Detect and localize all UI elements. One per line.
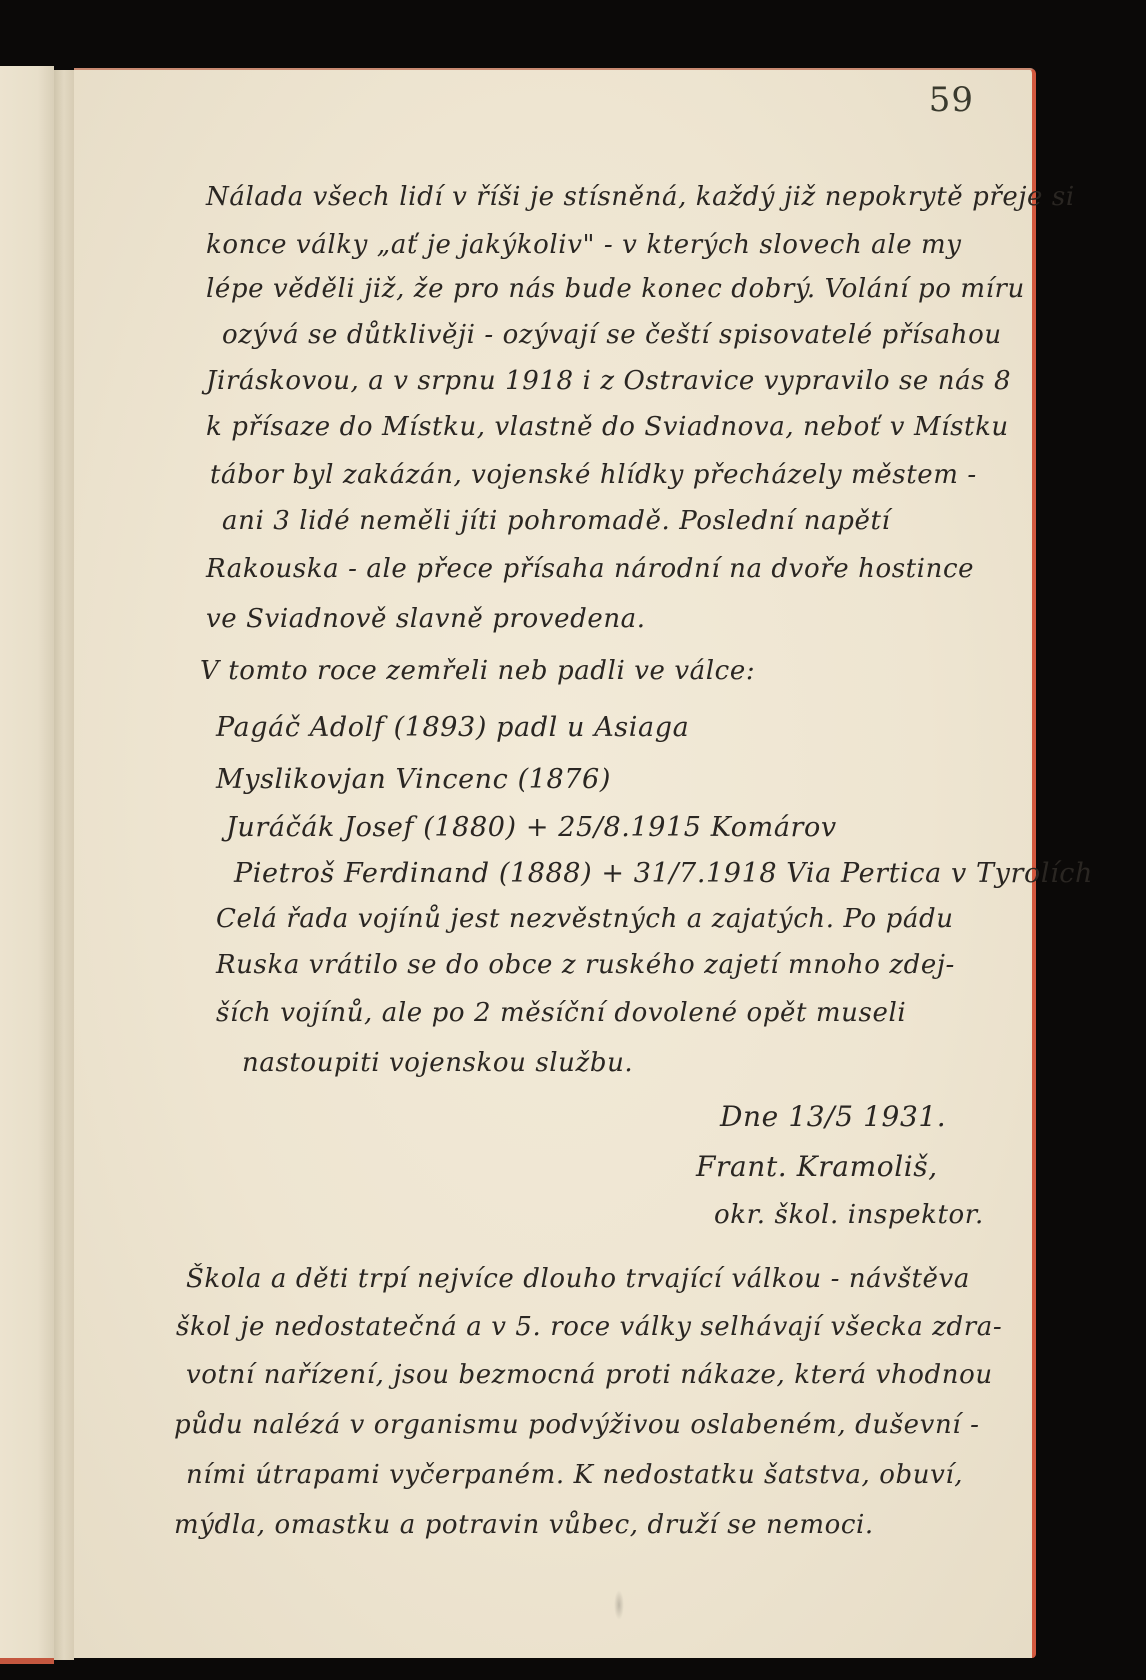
page-number: 59	[929, 80, 974, 120]
text-line: ve Sviadnově slavně provedena.	[206, 604, 646, 634]
casualty-entry: Pietroš Ferdinand (1888) + 31/7.1918 Via…	[234, 858, 1093, 889]
text-line: půdu nalézá v organismu podvýživou oslab…	[174, 1410, 979, 1440]
casualties-heading: V tomto roce zemřeli neb padli ve válce:	[200, 656, 755, 686]
text-line: lépe věděli již, že pro nás bude konec d…	[206, 274, 1025, 304]
text-line: votní nařízení, jsou bezmocná proti náka…	[186, 1360, 993, 1390]
casualty-entry: Juráčák Josef (1880) + 25/8.1915 Komárov	[226, 812, 837, 843]
text-line: konce války „ať je jakýkoliv" - v kterýc…	[206, 230, 962, 260]
casualty-entry: Pagáč Adolf (1893) padl u Asiaga	[216, 712, 689, 743]
text-line: Ruska vrátilo se do obce z ruského zajet…	[216, 950, 955, 980]
text-line: Celá řada vojínů jest nezvěstných a zaja…	[216, 904, 954, 934]
casualty-entry: Myslikovjan Vincenc (1876)	[216, 764, 611, 795]
text-line: ších vojínů, ale po 2 měsíční dovolené o…	[216, 998, 906, 1028]
text-line: Rakouska - ale přece přísaha národní na …	[206, 554, 974, 584]
text-line: ními útrapami vyčerpaném. K nedostatku š…	[186, 1460, 963, 1490]
text-line: ani 3 lidé neměli jíti pohromadě. Posled…	[222, 506, 890, 536]
book-gutter	[54, 70, 74, 1660]
manuscript-page: 59 Nálada všech lidí v říši je stísněná,…	[74, 68, 1036, 1658]
text-line: k přísaze do Místku, vlastně do Sviadnov…	[206, 412, 1009, 442]
text-line: ozývá se důtklivěji - ozývají se čeští s…	[222, 320, 1002, 350]
signature-date: Dne 13/5 1931.	[720, 1100, 946, 1133]
text-line: Škola a děti trpí nejvíce dlouho trvajíc…	[186, 1264, 970, 1294]
text-line: tábor byl zakázán, vojenské hlídky přech…	[210, 460, 977, 490]
left-page-edge	[0, 66, 54, 1664]
text-line: mýdla, omastku a potravin vůbec, druží s…	[174, 1510, 874, 1540]
text-line: nastoupiti vojenskou službu.	[242, 1048, 633, 1078]
text-line: škol je nedostatečná a v 5. roce války s…	[176, 1312, 1002, 1342]
signature-title: okr. škol. inspektor.	[714, 1200, 984, 1230]
text-line: Jiráskovou, a v srpnu 1918 i z Ostravice…	[206, 366, 1011, 396]
text-line: Nálada všech lidí v říši je stísněná, ka…	[206, 182, 1075, 212]
signature-name: Frant. Kramoliš,	[696, 1150, 938, 1183]
ink-smudge	[614, 1590, 624, 1620]
